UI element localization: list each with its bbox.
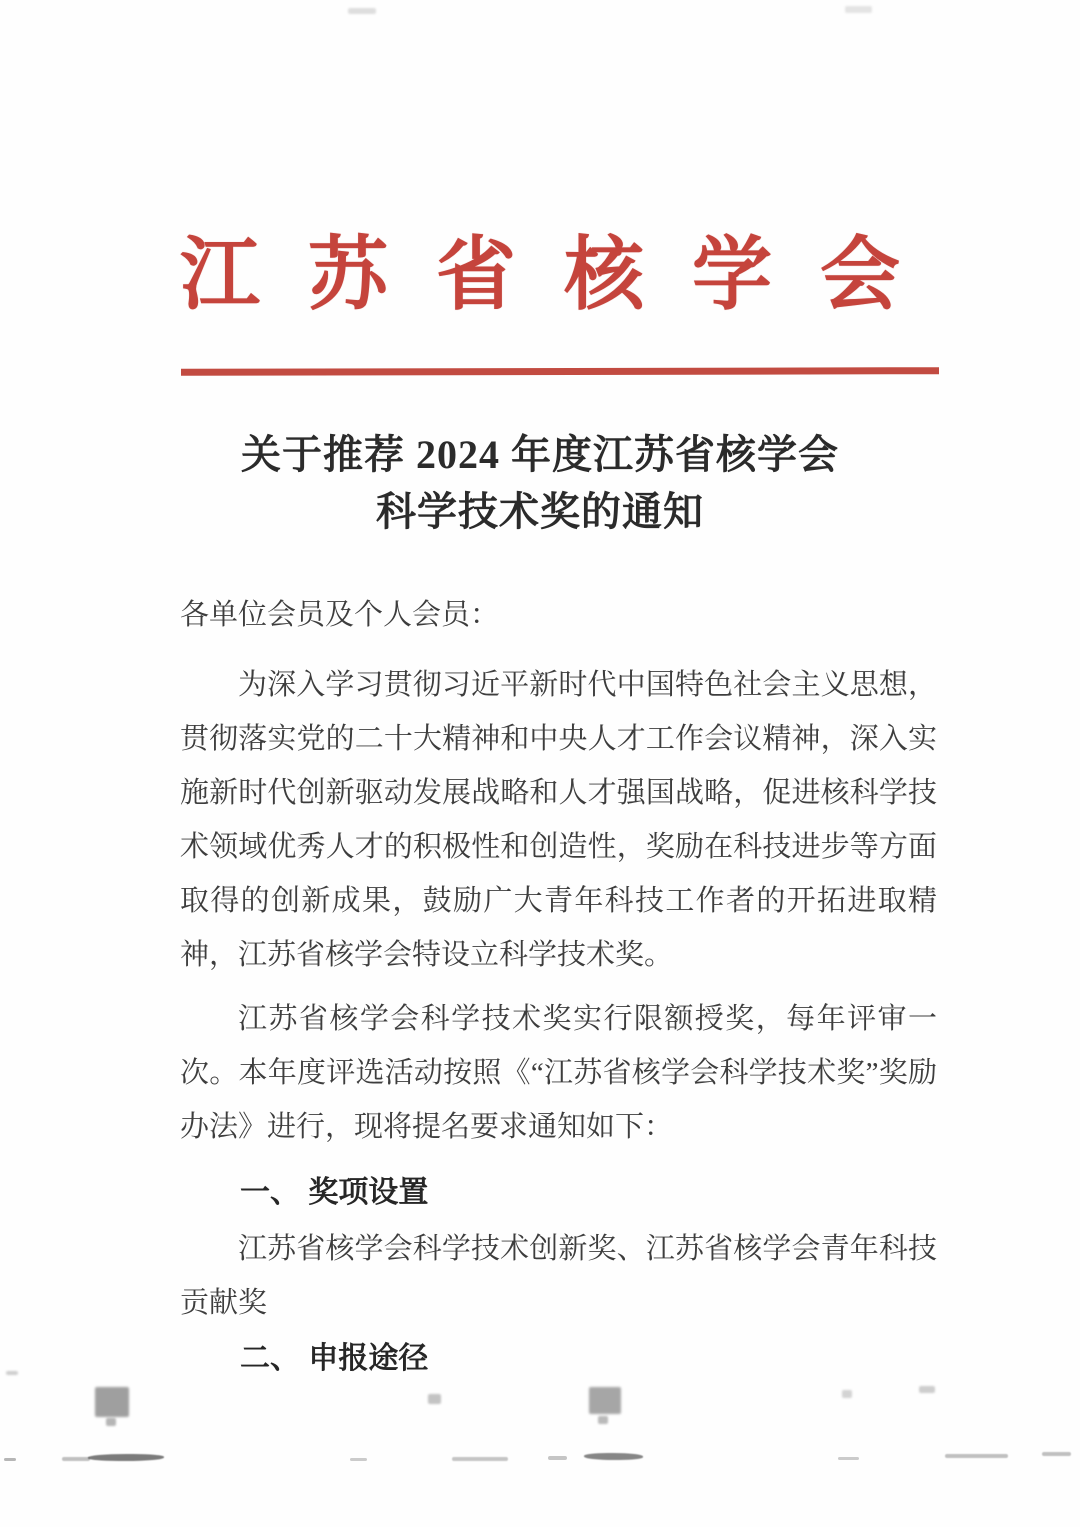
letterhead: 江苏省核学会 <box>0 232 1080 320</box>
scan-smudge <box>598 1416 608 1424</box>
section-heading-award-setup: 一、 奖项设置 <box>180 1166 937 1220</box>
scan-streak <box>350 1458 367 1461</box>
paragraph-award-rules: 江苏省核学会科学技术奖实行限额授奖，每年评审一次。本年度评选活动按照《“江苏省核… <box>180 992 937 1154</box>
scan-smudge <box>348 8 376 14</box>
scan-smudge <box>842 1390 852 1398</box>
section-heading-application-channel: 二、 申报途径 <box>180 1332 937 1386</box>
paragraph-award-categories: 江苏省核学会科学技术创新奖、江苏省核学会青年科技贡献奖 <box>180 1222 937 1330</box>
scan-streak <box>838 1457 859 1460</box>
document-body: 各单位会员及个人会员： 为深入学习贯彻习近平新时代中国特色社会主义思想，贯彻落实… <box>180 588 937 1386</box>
scan-streak <box>1042 1452 1071 1456</box>
scan-streak <box>548 1456 567 1460</box>
scan-smudge <box>845 6 872 13</box>
scan-streak <box>584 1453 643 1460</box>
salutation: 各单位会员及个人会员： <box>180 588 937 642</box>
document-title: 关于推荐 2024 年度江苏省核学会 科学技术奖的通知 <box>0 426 1080 540</box>
scan-smudge <box>919 1386 935 1393</box>
scan-streak <box>452 1457 508 1461</box>
document-title-line1: 关于推荐 2024 年度江苏省核学会 <box>0 426 1080 483</box>
scan-streak <box>945 1454 1008 1458</box>
scan-smudge <box>106 1418 116 1426</box>
scan-streak <box>4 1458 16 1461</box>
scan-smudge <box>589 1387 621 1414</box>
document-title-line2: 科学技术奖的通知 <box>0 483 1080 540</box>
scan-smudge <box>95 1387 129 1417</box>
letterhead-org-name: 江苏省核学会 <box>180 232 948 320</box>
scan-smudge <box>428 1394 441 1404</box>
scanned-document-page: 江苏省核学会 关于推荐 2024 年度江苏省核学会 科学技术奖的通知 各单位会员… <box>0 0 1080 1527</box>
scan-smudge <box>6 1371 18 1375</box>
paragraph-intro: 为深入学习贯彻习近平新时代中国特色社会主义思想，贯彻落实党的二十大精神和中央人才… <box>180 658 937 982</box>
scan-streak <box>88 1454 164 1461</box>
letterhead-divider-line <box>181 367 939 376</box>
scan-streak <box>62 1457 90 1461</box>
